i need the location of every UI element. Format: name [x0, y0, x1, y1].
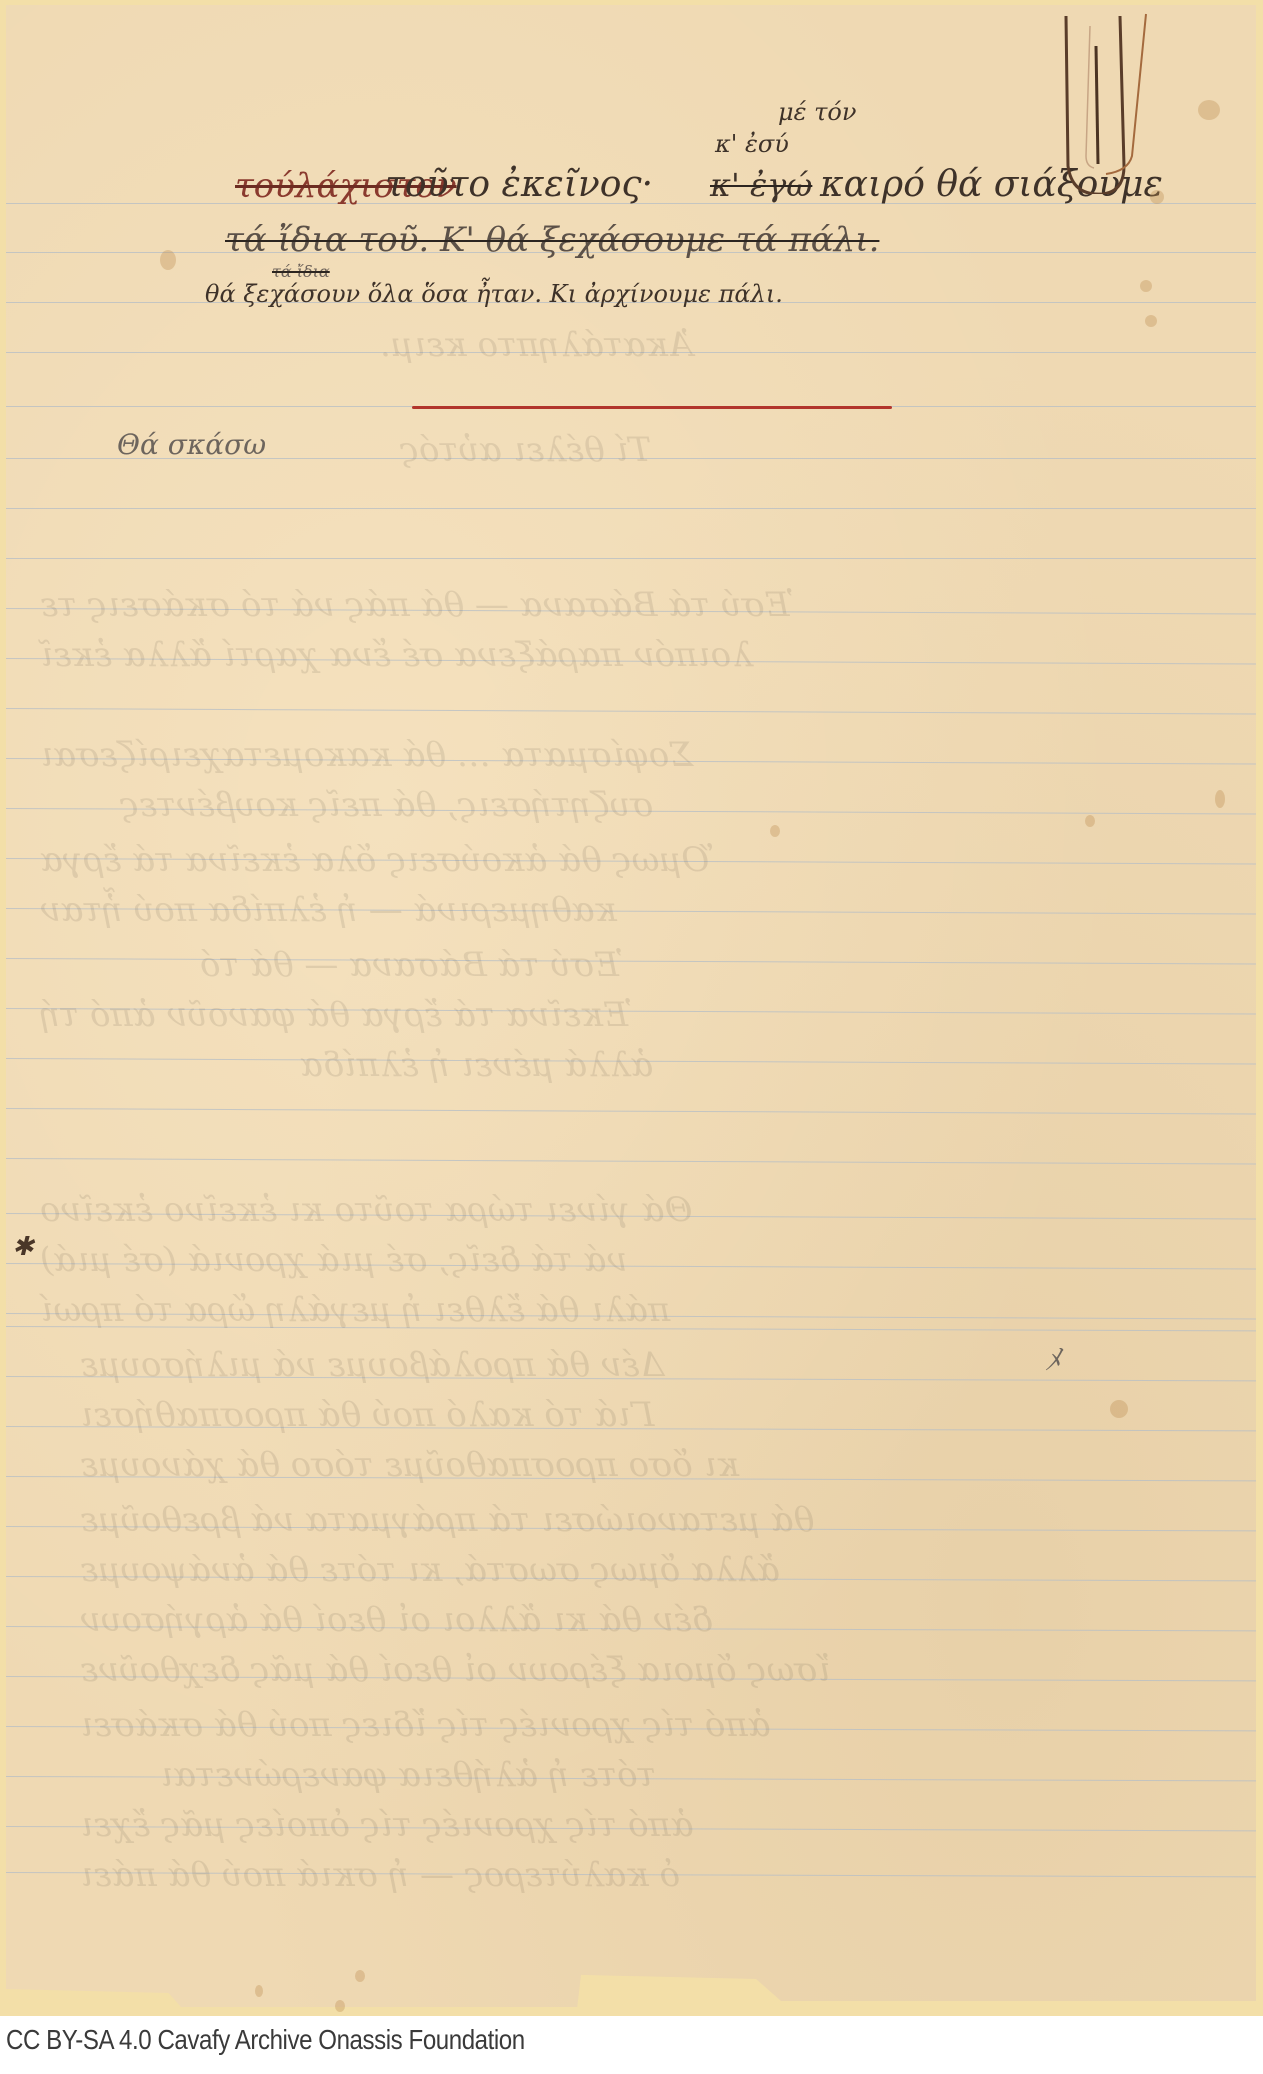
paperclip-icon — [1062, 6, 1148, 194]
line1-insertion-2: μέ τόν — [778, 98, 856, 126]
line1-insertion: κ' ἐσύ — [715, 130, 789, 158]
pencil-mark: ﾒ — [1045, 1335, 1060, 1379]
margin-note: Θά σκάσω — [117, 428, 266, 461]
ink-blot-mark: ✱ — [12, 1232, 34, 1262]
line1-struck-word: κ' ἐγώ — [710, 166, 812, 204]
line1-text: τοῦτο ἐκεῖνος· — [385, 164, 653, 205]
copyright-credit: CC BY-SA 4.0 Cavafy Archive Onassis Foun… — [6, 2024, 525, 2056]
red-rule — [412, 406, 892, 409]
line2-struck-text: τά ἴδια τοῦ. Κ' θά ξεχάσουμε τά πάλι. — [225, 220, 879, 260]
line2-insertion: τά ἴδια — [272, 262, 330, 281]
line3-text: θά ξεχάσουν ὅλα ὅσα ἦταν. Κι ἀρχίνουμε π… — [205, 280, 783, 308]
